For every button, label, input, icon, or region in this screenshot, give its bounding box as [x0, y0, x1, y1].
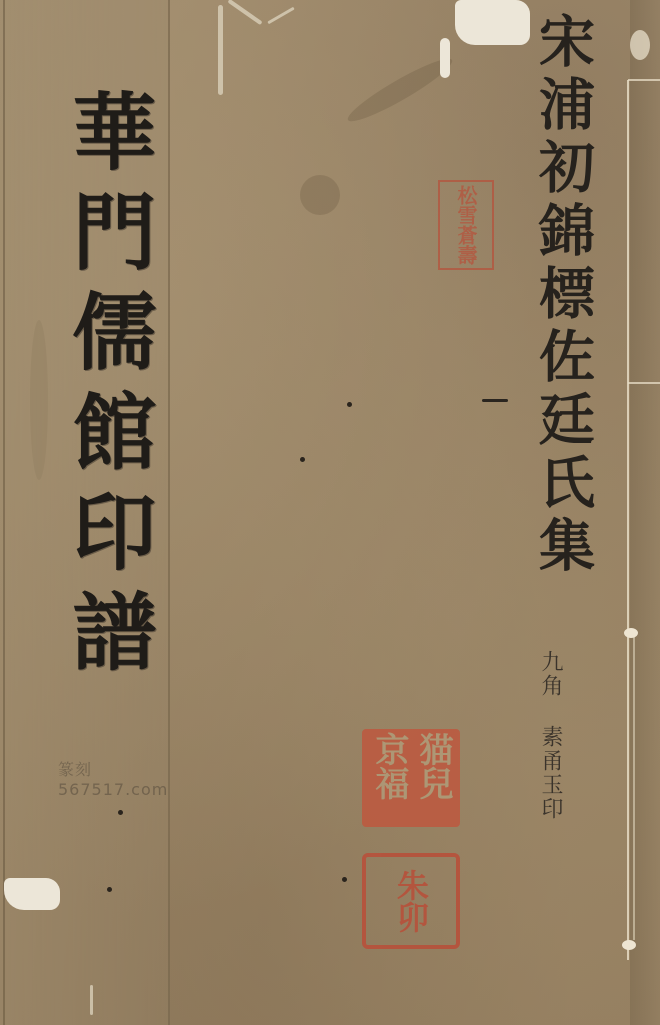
annotation-note: 九角 素甬玉印	[536, 650, 566, 821]
binding-thread	[627, 80, 629, 960]
paper-tear	[440, 38, 450, 78]
spine-fold-line	[628, 79, 660, 81]
watermark-line1: 篆刻	[58, 760, 178, 780]
wormhole	[347, 402, 352, 407]
spine-fold-line	[628, 382, 660, 384]
paper-tear	[455, 0, 530, 45]
wormhole	[118, 810, 123, 815]
book-title: 華門儒館印譜	[58, 88, 158, 688]
slip-edge	[3, 0, 5, 1025]
watermark: 篆刻 567517.com	[58, 760, 178, 800]
paper-tear	[4, 878, 60, 910]
paper-crack	[90, 985, 93, 1015]
binding-knot	[622, 940, 636, 950]
binding-knot	[630, 30, 650, 60]
wormhole	[107, 887, 112, 892]
binding-thread	[633, 630, 635, 940]
binding-knot	[624, 628, 638, 638]
wormhole	[342, 877, 347, 882]
volume-mark	[482, 399, 508, 402]
watermark-line2: 567517.com	[58, 780, 178, 800]
stain	[300, 175, 340, 215]
square-filled-seal: 猫兒京福	[362, 729, 460, 827]
wormhole	[300, 457, 305, 462]
paper-crack	[218, 5, 223, 95]
small-rect-seal: 松雪蒼壽	[438, 180, 494, 270]
square-outline-seal: 朱卯	[362, 853, 460, 949]
collector-inscription: 宋浦初錦標佐廷氏集	[528, 12, 598, 579]
